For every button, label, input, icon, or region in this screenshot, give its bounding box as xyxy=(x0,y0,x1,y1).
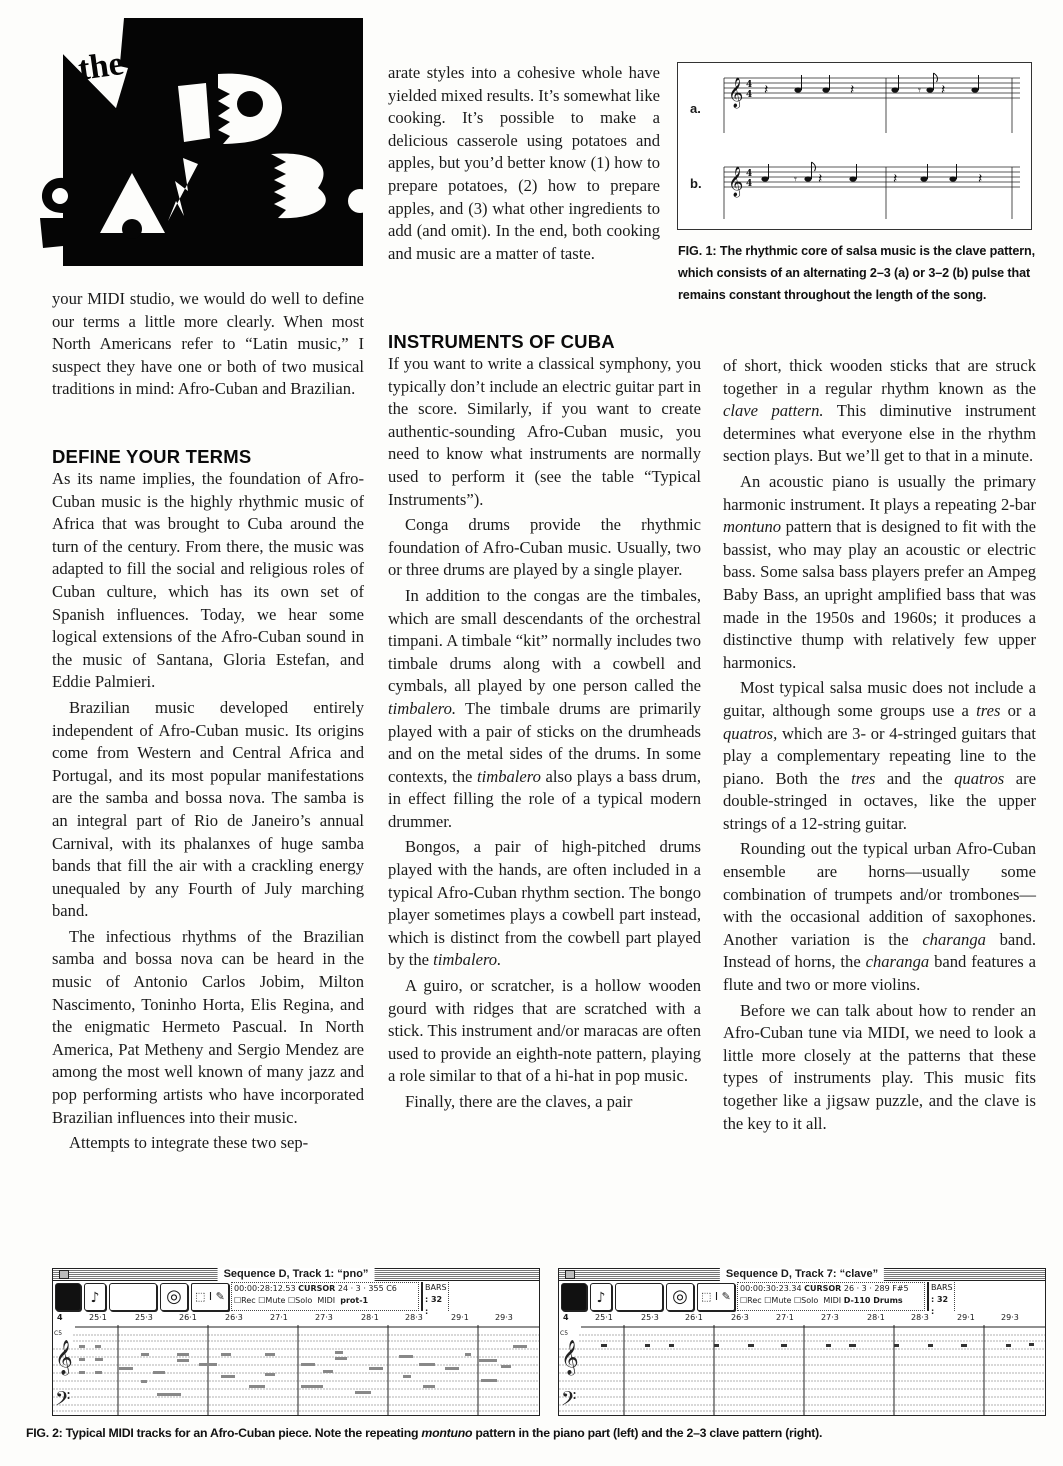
paragraph: Bongos, a pair of high-pitched drums pla… xyxy=(388,836,701,972)
svg-text:4: 4 xyxy=(746,90,752,100)
select-tools-icon[interactable]: ⬚ I ✎ xyxy=(697,1283,735,1311)
spiral-icon[interactable]: ◎ xyxy=(666,1283,694,1311)
text: An acoustic piano is usually the primary… xyxy=(723,472,1036,514)
paragraph: An acoustic piano is usually the primary… xyxy=(723,471,1036,674)
piano-roll-grid: 𝄞 𝄢 C5 xyxy=(559,1325,1045,1415)
grid-tool-icon[interactable] xyxy=(615,1283,663,1311)
close-box-icon[interactable] xyxy=(565,1270,575,1279)
text: or a xyxy=(1000,701,1036,720)
mute-checkbox[interactable]: ☐Mute xyxy=(764,1296,791,1305)
svg-text:C5: C5 xyxy=(560,1330,568,1337)
svg-text:𝄽: 𝄽 xyxy=(850,82,854,98)
svg-text:𝄾: 𝄾 xyxy=(918,84,921,97)
emphasis: quatros xyxy=(954,769,1004,788)
paragraph: Attempts to integrate these two sep- xyxy=(52,1132,364,1155)
instrument-name[interactable]: prot-1 xyxy=(340,1296,368,1305)
select-tools-icon[interactable]: ⬚ I ✎ xyxy=(191,1283,229,1311)
paragraph: Rounding out the typical urban Afro-Cuba… xyxy=(723,838,1036,996)
solo-checkbox[interactable]: ☐Solo xyxy=(794,1296,818,1305)
piano-notes xyxy=(79,1345,527,1396)
svg-text:𝄽: 𝄽 xyxy=(818,171,822,187)
cursor-position: 24 · 3 · 355 xyxy=(338,1284,384,1293)
text: pattern that is designed to fit with the… xyxy=(723,517,1036,672)
column-2-top: arate styles into a cohesive whole have … xyxy=(388,62,660,265)
spiral-icon[interactable]: ◎ xyxy=(160,1283,188,1311)
info-panel: 00:00:28:12.53 CURSOR 24 · 3 · 355 C6 ☐R… xyxy=(231,1282,419,1311)
treble-clef-icon: 𝄞 xyxy=(728,77,743,109)
paragraph: Most typical salsa music does not includ… xyxy=(723,677,1036,835)
midi-cafe-logo: the xyxy=(18,8,363,268)
measure-ruler: 4 25·125·326·126·327·127·328·128·329·129… xyxy=(53,1313,539,1325)
svg-text:𝄽: 𝄽 xyxy=(941,82,945,98)
telescope-icon[interactable] xyxy=(55,1283,81,1311)
svg-text:4: 4 xyxy=(746,179,752,189)
svg-text:C5: C5 xyxy=(54,1330,62,1337)
grid-tool-icon[interactable] xyxy=(109,1283,157,1311)
close-box-icon[interactable] xyxy=(59,1270,69,1279)
treble-clef-icon: 𝄞 xyxy=(55,1340,73,1376)
svg-text:𝄽: 𝄽 xyxy=(893,171,897,187)
cursor-position: 26 · 3 · 289 xyxy=(844,1284,890,1293)
treble-clef-icon: 𝄞 xyxy=(561,1340,579,1376)
note-icon[interactable]: ♪ xyxy=(84,1283,106,1311)
emphasis: timbalero. xyxy=(433,950,501,969)
figure-1-clave-notation: a. b. 𝄞 44 𝄞 44 𝄽 𝄽 𝄾 𝄽 𝄾 𝄽 xyxy=(677,62,1032,230)
emphasis: timbalero. xyxy=(388,699,456,718)
treble-clef-icon: 𝄞 xyxy=(728,166,743,198)
emphasis: charanga xyxy=(866,952,930,971)
pitch-display: F#5 xyxy=(892,1284,908,1293)
info-panel: 00:00:30:23.34 CURSOR 26 · 3 · 289 F#5 ☐… xyxy=(737,1282,925,1311)
cursor-label: CURSOR xyxy=(804,1284,841,1293)
emphasis: tres xyxy=(976,701,1000,720)
heading-define-your-terms: DEFINE YOUR TERMS xyxy=(52,446,364,468)
text: of short, thick wooden sticks that are s… xyxy=(723,356,1036,398)
bass-clef-icon: 𝄢 xyxy=(55,1387,70,1415)
heading-instruments-of-cuba: INSTRUMENTS OF CUBA xyxy=(388,331,701,353)
svg-text:𝄽: 𝄽 xyxy=(978,171,982,187)
emphasis: clave pattern. xyxy=(723,401,824,420)
piano-roll-grid: 𝄞 𝄢 C5 xyxy=(53,1325,539,1415)
bars-field[interactable]: BARS: 32 : xyxy=(927,1282,955,1311)
rec-checkbox[interactable]: ☐Rec xyxy=(740,1296,762,1305)
paragraph: arate styles into a cohesive whole have … xyxy=(388,62,660,265)
figure-1-caption: FIG. 1: The rhythmic core of salsa music… xyxy=(678,240,1040,306)
title-bar[interactable]: Sequence D, Track 1: “pno” xyxy=(53,1269,539,1281)
mute-checkbox[interactable]: ☐Mute xyxy=(258,1296,285,1305)
window-title: Sequence D, Track 1: “pno” xyxy=(218,1268,375,1281)
column-1-section: DEFINE YOUR TERMS As its name implies, t… xyxy=(52,446,364,1155)
svg-text:4: 4 xyxy=(746,169,752,179)
time-display: 00:00:28:12.53 xyxy=(234,1284,296,1293)
midi-window-piano: Sequence D, Track 1: “pno” ♪ ◎ ⬚ I ✎ 00:… xyxy=(52,1268,540,1416)
staff-notation: 𝄞 44 𝄞 44 𝄽 𝄽 𝄾 𝄽 𝄾 𝄽 𝄽 𝄽 xyxy=(678,63,1033,231)
time-display: 00:00:30:23.34 xyxy=(740,1284,802,1293)
telescope-icon[interactable] xyxy=(561,1283,587,1311)
toolbar: ♪ ◎ ⬚ I ✎ 00:00:30:23.34 CURSOR 26 · 3 ·… xyxy=(559,1282,1045,1313)
logo-the: the xyxy=(76,45,126,88)
column-2-section: INSTRUMENTS OF CUBA If you want to write… xyxy=(388,331,701,1114)
emphasis: tres xyxy=(851,769,875,788)
paragraph: Brazilian music developed entirely indep… xyxy=(52,697,364,923)
rec-checkbox[interactable]: ☐Rec xyxy=(234,1296,256,1305)
figure-2-caption: FIG. 2: Typical MIDI tracks for an Afro-… xyxy=(26,1426,1046,1440)
emphasis: montuno xyxy=(421,1426,472,1440)
instrument-name[interactable]: D-110 Drums xyxy=(844,1296,903,1305)
solo-checkbox[interactable]: ☐Solo xyxy=(288,1296,312,1305)
emphasis: charanga xyxy=(922,930,986,949)
paragraph: A guiro, or scratcher, is a hollow woode… xyxy=(388,975,701,1088)
midi-window-clave: Sequence D, Track 7: “clave” ♪ ◎ ⬚ I ✎ 0… xyxy=(558,1268,1046,1416)
svg-text:𝄾: 𝄾 xyxy=(794,173,797,186)
toolbar: ♪ ◎ ⬚ I ✎ 00:00:28:12.53 CURSOR 24 · 3 ·… xyxy=(53,1282,539,1313)
paragraph: Conga drums provide the rhythmic foundat… xyxy=(388,514,701,582)
midi-port: MIDI xyxy=(823,1296,841,1305)
paragraph: If you want to write a classical symphon… xyxy=(388,353,701,511)
paragraph: Finally, there are the claves, a pair xyxy=(388,1091,701,1114)
svg-text:𝄽: 𝄽 xyxy=(764,82,768,98)
window-title: Sequence D, Track 7: “clave” xyxy=(720,1268,884,1281)
paragraph: The infectious rhythms of the Brazilian … xyxy=(52,926,364,1129)
paragraph: As its name implies, the foundation of A… xyxy=(52,468,364,694)
pitch-display: C6 xyxy=(386,1284,397,1293)
paragraph: In addition to the congas are the timbal… xyxy=(388,585,701,834)
text: and the xyxy=(875,769,954,788)
column-3: of short, thick wooden sticks that are s… xyxy=(723,355,1036,1135)
title-bar[interactable]: Sequence D, Track 7: “clave” xyxy=(559,1269,1045,1281)
clave-notes xyxy=(601,1343,1034,1347)
cursor-label: CURSOR xyxy=(298,1284,335,1293)
bass-clef-icon: 𝄢 xyxy=(561,1387,576,1415)
bars-field[interactable]: BARS: 32 : xyxy=(421,1282,449,1311)
emphasis: timbalero xyxy=(477,767,541,786)
text: FIG. 2: Typical MIDI tracks for an Afro-… xyxy=(26,1426,421,1440)
column-1-intro: your MIDI studio, we would do well to de… xyxy=(52,288,364,401)
note-icon[interactable]: ♪ xyxy=(590,1283,612,1311)
text: pattern in the piano part (left) and the… xyxy=(472,1426,822,1440)
text: In addition to the congas are the timbal… xyxy=(388,586,701,695)
emphasis: montuno xyxy=(723,517,781,536)
svg-text:4: 4 xyxy=(746,80,752,90)
emphasis: quatros, xyxy=(723,724,777,743)
paragraph: Before we can talk about how to render a… xyxy=(723,1000,1036,1136)
midi-port: MIDI xyxy=(317,1296,335,1305)
paragraph: your MIDI studio, we would do well to de… xyxy=(52,288,364,401)
paragraph: of short, thick wooden sticks that are s… xyxy=(723,355,1036,468)
measure-ruler: 4 25·125·326·126·327·127·328·128·329·129… xyxy=(559,1313,1045,1325)
